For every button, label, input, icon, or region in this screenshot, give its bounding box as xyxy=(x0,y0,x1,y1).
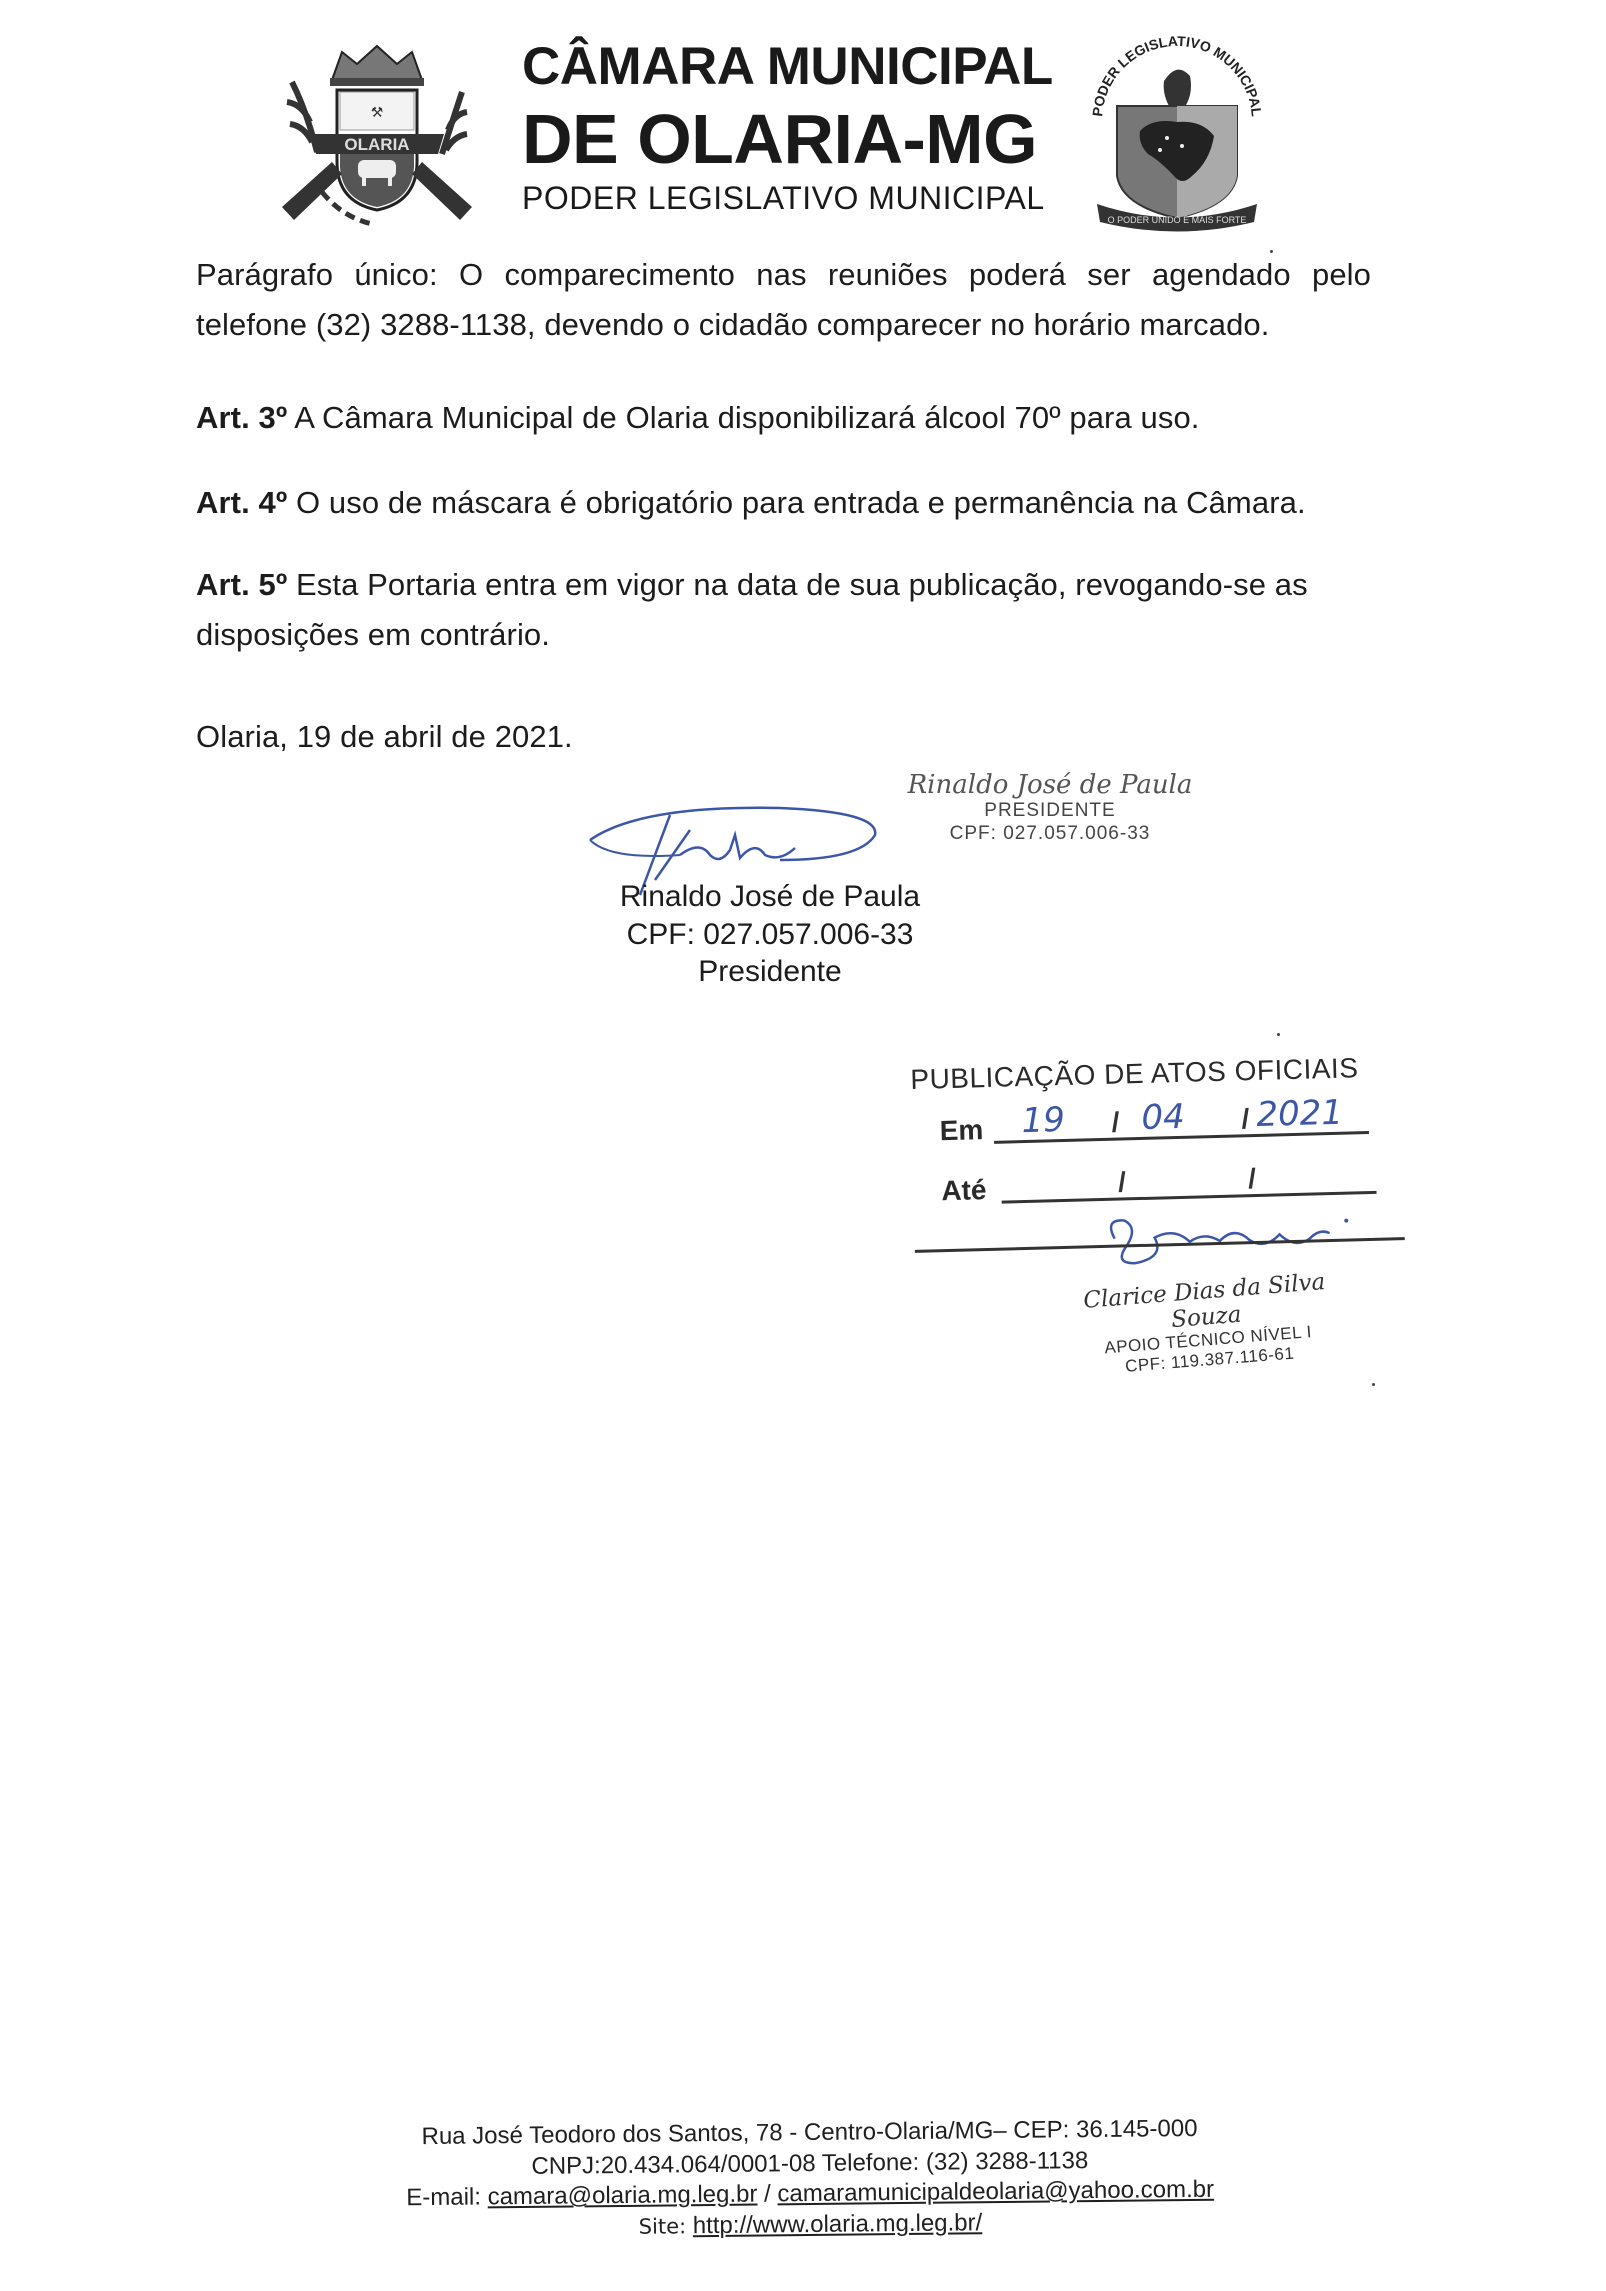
header-title-line1: CÂMARA MUNICIPAL xyxy=(522,40,1053,93)
article-3-text: A Câmara Municipal de Olaria disponibili… xyxy=(287,400,1199,435)
article-4-label: Art. 4º xyxy=(196,485,287,520)
footer: Rua José Teodoro dos Santos, 78 - Centro… xyxy=(329,2113,1290,2246)
president-cpf: CPF: 027.057.006-33 xyxy=(560,916,980,954)
email-separator: / xyxy=(757,2181,777,2208)
em-month: 04 xyxy=(1141,1097,1185,1138)
header-title-line2: DE OLARIA-MG xyxy=(522,104,1037,174)
officer-stamp: Clarice Dias da Silva Souza APOIO TÉCNIC… xyxy=(1054,1267,1360,1383)
article-5-text: Esta Portaria entra em vigor na data de … xyxy=(196,567,1308,652)
stamp-name: Rinaldo José de Paula xyxy=(900,770,1200,800)
email-link-yahoo[interactable]: camaramunicipaldeolaria@yahoo.com.br xyxy=(777,2176,1214,2208)
article-4: Art. 4º O uso de máscara é obrigatório p… xyxy=(196,478,1371,528)
paragrafo-unico: Parágrafo único: O comparecimento nas re… xyxy=(196,250,1371,349)
place-date: Olaria, 19 de abril de 2021. xyxy=(196,712,1371,762)
ate-slash-2: / xyxy=(1248,1163,1257,1195)
svg-text:O PODER UNIDO É MAIS FORTE: O PODER UNIDO É MAIS FORTE xyxy=(1108,215,1247,225)
president-signature-block: Rinaldo José de Paula CPF: 027.057.006-3… xyxy=(560,878,980,991)
email-link-camara[interactable]: camara@olaria.mg.leg.br xyxy=(487,2181,757,2211)
article-5-label: Art. 5º xyxy=(196,567,287,602)
em-slash-1: / xyxy=(1111,1107,1120,1139)
stamp-cpf: CPF: 027.057.006-33 xyxy=(900,823,1200,846)
article-4-text: O uso de máscara é obrigatório para entr… xyxy=(287,485,1305,520)
crest-banner-text: OLARIA xyxy=(344,135,409,154)
scan-speck xyxy=(1277,1033,1280,1036)
ate-line xyxy=(1002,1191,1377,1204)
article-3-label: Art. 3º xyxy=(196,400,287,435)
article-5: Art. 5º Esta Portaria entra em vigor na … xyxy=(196,560,1371,659)
publication-stamp: PUBLICAÇÃO DE ATOS OFICIAIS Em 19 / 04 /… xyxy=(910,1051,1404,1216)
ate-label: Até xyxy=(941,1174,987,1207)
site-link[interactable]: http://www.olaria.mg.leg.br/ xyxy=(693,2209,983,2239)
email-label: E-mail: xyxy=(406,2184,488,2212)
em-day: 19 xyxy=(1021,1100,1065,1141)
em-year: 2021 xyxy=(1256,1093,1344,1135)
ate-slash-1: / xyxy=(1118,1166,1127,1198)
scan-speck xyxy=(1372,1383,1375,1386)
stamp-role: PRESIDENTE xyxy=(900,800,1200,823)
legislative-shield-icon: PODER LEGISLATIVO MUNICIPAL O PODER UNID… xyxy=(1082,26,1272,236)
article-3: Art. 3º A Câmara Municipal de Olaria dis… xyxy=(196,393,1371,443)
em-slash-2: / xyxy=(1241,1103,1250,1135)
scan-speck xyxy=(1270,250,1273,253)
em-label: Em xyxy=(939,1114,983,1147)
president-name: Rinaldo José de Paula xyxy=(560,878,980,916)
svg-text:⚒: ⚒ xyxy=(371,104,384,120)
president-stamp: Rinaldo José de Paula PRESIDENTE CPF: 02… xyxy=(900,770,1200,846)
header-subtitle: PODER LEGISLATIVO MUNICIPAL xyxy=(522,180,1045,217)
municipal-coat-of-arms-icon: ⚒ OLARIA xyxy=(262,42,492,232)
site-label: Site: xyxy=(639,2214,693,2239)
president-role: Presidente xyxy=(560,953,980,991)
officer-handwritten-signature xyxy=(1094,1202,1355,1269)
